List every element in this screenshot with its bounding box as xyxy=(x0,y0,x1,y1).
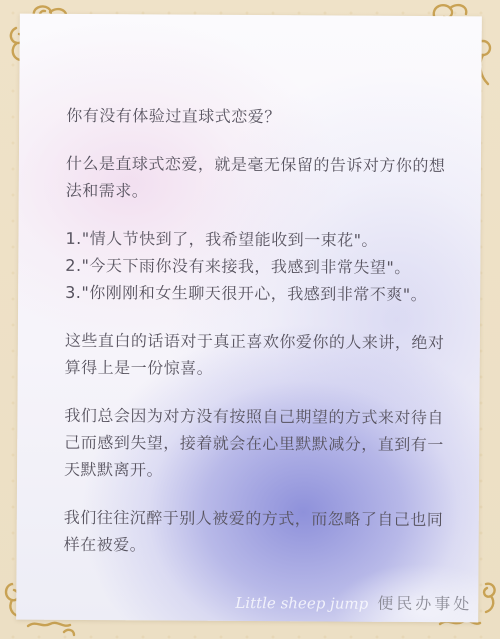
watermark-script-text: Little sheep jump xyxy=(235,594,368,613)
content-card: 你有没有体验过直球式恋爱？ 什么是直球式恋爱，就是毫无保留的告诉对方你的想 法和… xyxy=(16,14,482,623)
watermark-label: 便民办事处 xyxy=(377,591,472,615)
post-title: 你有没有体验过直球式恋爱？ xyxy=(66,102,459,131)
post-paragraph-examples-list: 1."情人节快到了，我希望能收到一束花"。 2."今天下雨你没有来接我，我感到非… xyxy=(65,225,458,308)
poster-background: 你有没有体验过直球式恋爱？ 什么是直球式恋爱，就是毫无保留的告诉对方你的想 法和… xyxy=(0,0,500,639)
watermark: Little sheep jump 便民办事处 xyxy=(235,590,472,614)
post-paragraph-surprise: 这些直白的话语对于真正喜欢你爱你的人来讲，绝对 算得上是一份惊喜。 xyxy=(65,327,458,383)
post-paragraph-disappointment: 我们总会因为对方没有按照自己期望的方式来对待自 己而感到失望，接着就会在心里默默… xyxy=(64,402,457,485)
post-content: 你有没有体验过直球式恋爱？ 什么是直球式恋爱，就是毫无保留的告诉对方你的想 法和… xyxy=(17,14,482,561)
post-paragraph-definition: 什么是直球式恋爱，就是毫无保留的告诉对方你的想 法和需求。 xyxy=(66,150,459,206)
post-paragraph-being-loved: 我们往往沉醉于别人被爱的方式，而忽略了自己也同 样在被爱。 xyxy=(64,504,457,560)
